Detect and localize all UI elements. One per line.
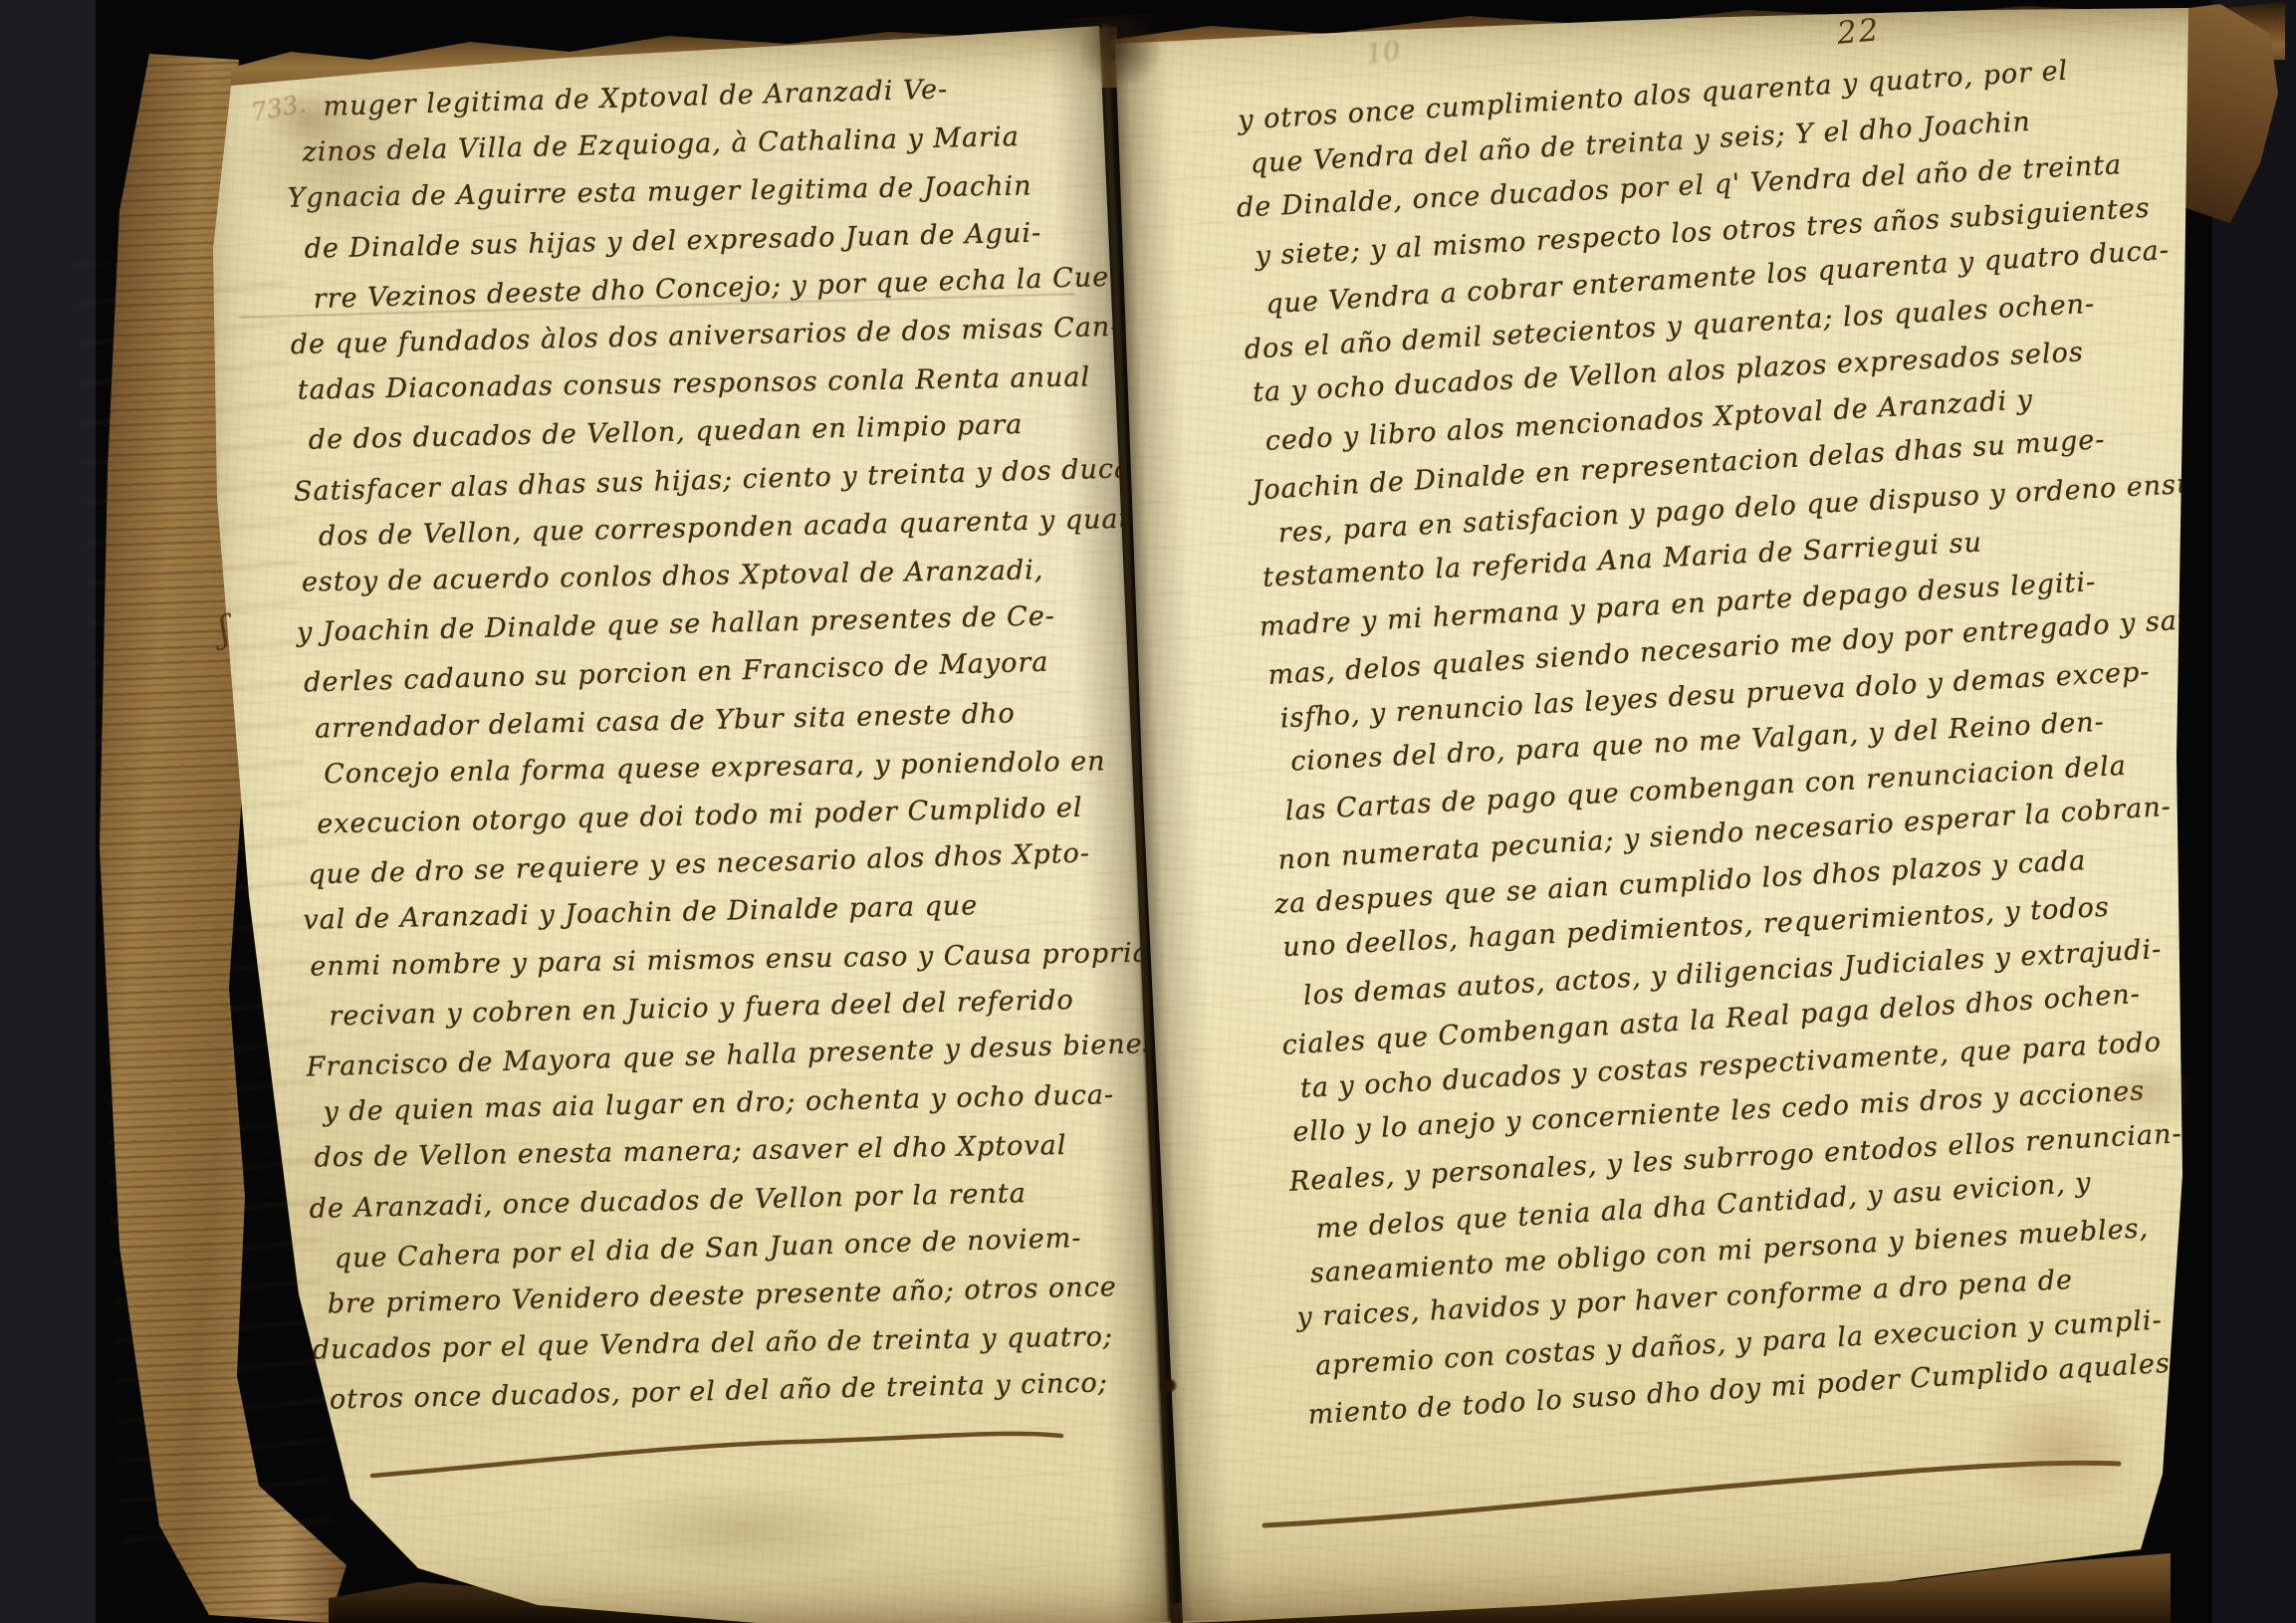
right-page: y otros once cumplimiento alos quarenta … (1103, 0, 2246, 1623)
flourish-underline-left (368, 1420, 1065, 1490)
photo-edge-strip-left (0, 0, 96, 1623)
flourish-underline-right (1259, 1442, 2135, 1541)
bleedthrough-mark-right: 10 (1364, 36, 1402, 71)
binding-stitch (1159, 1378, 1177, 1393)
left-page: muger legitima de Xptoval de Aranzadi Ve… (187, 18, 1178, 1623)
photo-edge-strip-right (2212, 0, 2296, 1623)
folio-number: 22 (1836, 12, 1882, 52)
right-page-text: y otros once cumplimiento alos quarenta … (1237, 45, 2243, 1436)
manuscript-photo: muger legitima de Xptoval de Aranzadi Ve… (0, 0, 2296, 1623)
left-page-text: muger legitima de Xptoval de Aranzadi Ve… (291, 63, 1191, 1425)
